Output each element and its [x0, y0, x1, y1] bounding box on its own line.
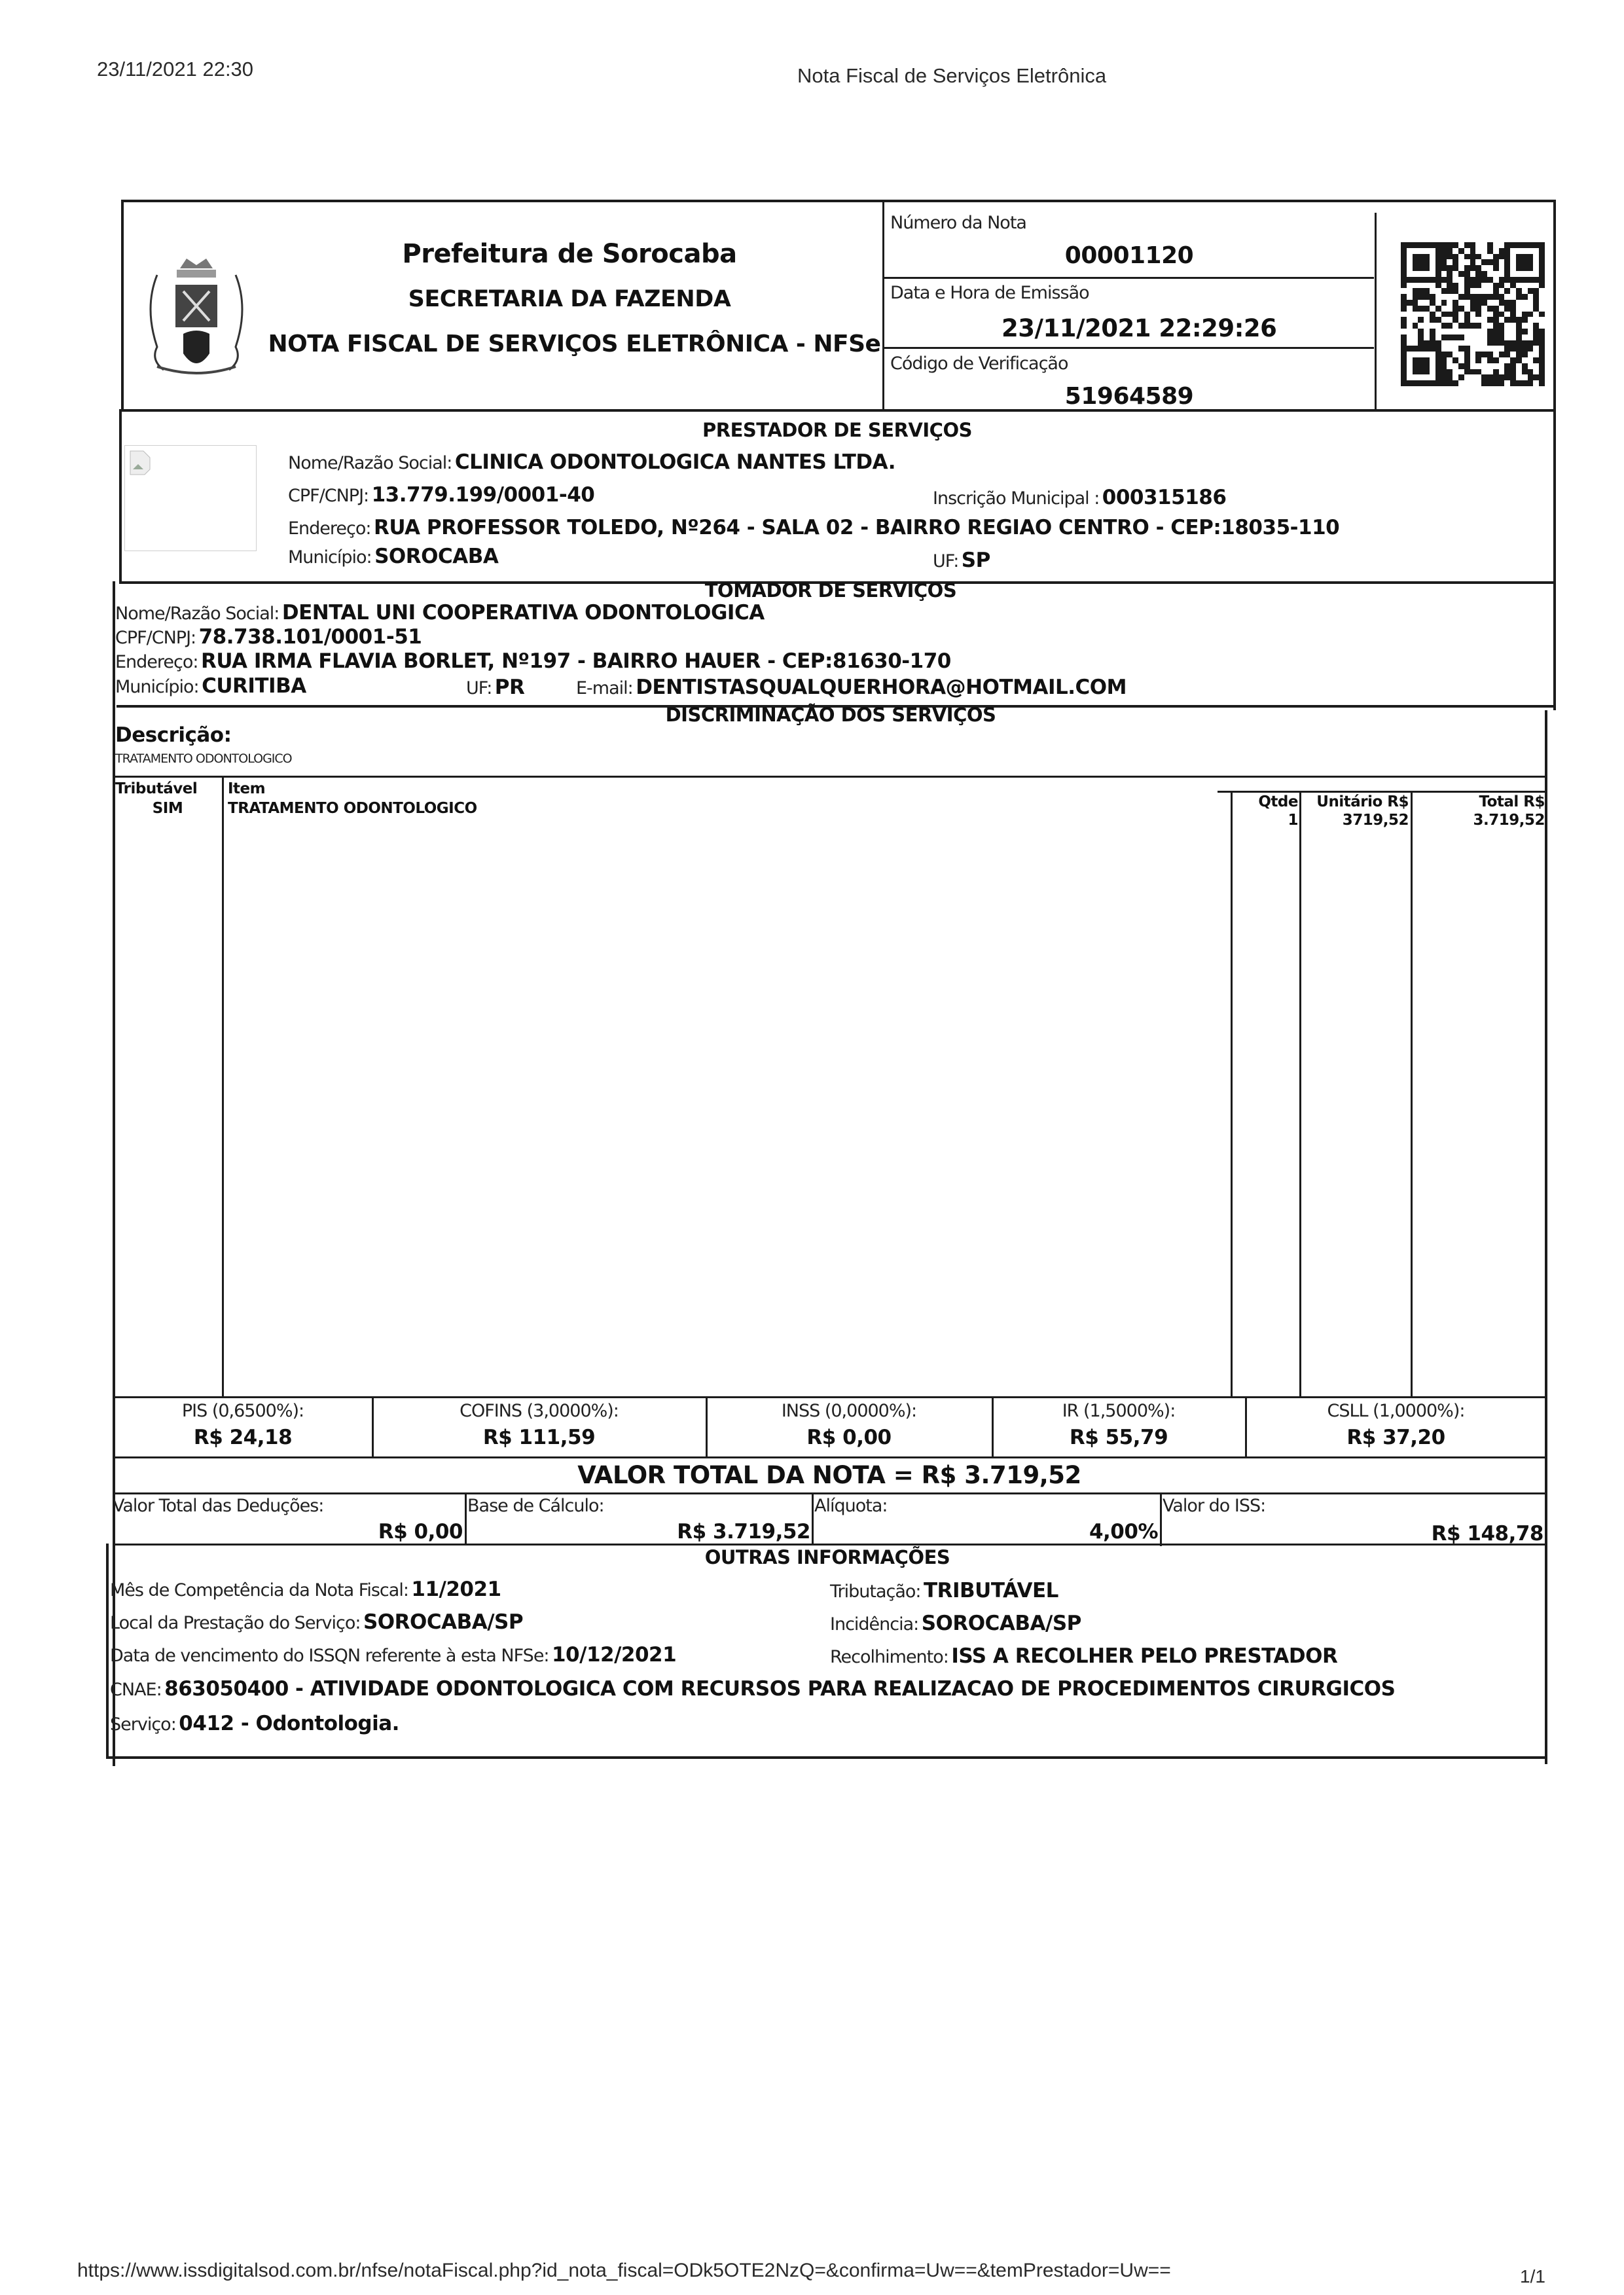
aliquota-value: 4,00%	[814, 1520, 1158, 1544]
col-header-item: Item	[228, 780, 265, 797]
data-emissao-label: Data e Hora de Emissão	[890, 283, 1089, 303]
prestador-nome-value: CLINICA ODONTOLOGICA NANTES LTDA.	[455, 450, 895, 474]
frame-right-border-lower	[1545, 710, 1547, 1764]
descricao-bottom-border	[115, 776, 1546, 778]
tributo-value: R$ 0,00	[708, 1426, 990, 1449]
tomador-endereco-value: RUA IRMA FLAVIA BORLET, Nº197 - BAIRRO H…	[201, 649, 951, 673]
tomador-municipio-row: Município: CURITIBA	[115, 674, 306, 698]
tomador-cnpj-row: CPF/CNPJ: 78.738.101/0001-51	[115, 625, 422, 649]
prestador-endereco-row: Endereço: RUA PROFESSOR TOLEDO, Nº264 - …	[288, 516, 1339, 539]
cnae-value: 863050400 - ATIVIDADE ODONTOLOGICA COM R…	[164, 1677, 1395, 1701]
tomador-nome-label: Nome/Razão Social:	[115, 604, 279, 624]
outras-informacoes-title: OUTRAS INFORMAÇÕES	[109, 1546, 1546, 1568]
col-header-total: Total R$	[1414, 793, 1545, 810]
tributo-label: COFINS (3,0000%):	[374, 1401, 704, 1421]
vencimento-value: 10/12/2021	[552, 1643, 676, 1667]
frame-top-border	[121, 200, 1556, 202]
qty-header-top-border	[1218, 791, 1546, 793]
tomador-nome-value: DENTAL UNI COOPERATIVA ODONTOLOGICA	[282, 601, 765, 624]
servico-row: Serviço: 0412 - Odontologia.	[110, 1712, 399, 1735]
local-prestacao-label: Local da Prestação do Serviço:	[110, 1613, 360, 1633]
qr-code-icon	[1401, 242, 1545, 386]
prestador-cnpj-label: CPF/CNPJ:	[288, 486, 369, 506]
numero-nota-value: 00001120	[884, 242, 1374, 269]
tributo-value: R$ 111,59	[374, 1426, 704, 1449]
prestador-uf-row: UF: SP	[933, 549, 990, 572]
tomador-email-value: DENTISTASQUALQUERHORA@HOTMAIL.COM	[636, 676, 1127, 699]
print-url: https://www.issdigitalsod.com.br/nfse/no…	[77, 2260, 1171, 2282]
frame-right-border	[1553, 200, 1556, 710]
tomador-uf-value: PR	[495, 676, 525, 699]
prestador-inscricao-value: 000315186	[1102, 486, 1227, 509]
frame-left-border-bottom	[106, 1544, 109, 1758]
col-divider-item	[1231, 792, 1233, 1398]
prestador-endereco-value: RUA PROFESSOR TOLEDO, Nº264 - SALA 02 - …	[374, 516, 1339, 539]
tributo-value: R$ 37,20	[1247, 1426, 1545, 1449]
broken-image-icon	[124, 445, 257, 551]
recolhimento-value: ISS A RECOLHER PELO PRESTADOR	[951, 1644, 1337, 1668]
servico-value: 0412 - Odontologia.	[179, 1712, 399, 1735]
item-total: 3.719,52	[1414, 812, 1545, 829]
aliquota-label: Alíquota:	[814, 1496, 887, 1516]
col-header-qtde: Qtde	[1234, 793, 1298, 810]
recolhimento-row: Recolhimento: ISS A RECOLHER PELO PRESTA…	[830, 1644, 1337, 1668]
tributos-top-border	[113, 1396, 1546, 1398]
deducoes-label: Valor Total das Deduções:	[113, 1496, 323, 1516]
item-tributavel: SIM	[115, 800, 220, 817]
valor-total-nota: VALOR TOTAL DA NOTA = R$ 3.719,52	[113, 1461, 1546, 1489]
prestador-municipio-value: SOROCABA	[374, 545, 498, 568]
prefeitura-title: Prefeitura de Sorocaba	[275, 239, 864, 269]
deducoes-value: R$ 0,00	[113, 1520, 463, 1544]
numero-nota-label: Número da Nota	[890, 213, 1026, 233]
tomador-email-row: E-mail: DENTISTASQUALQUERHORA@HOTMAIL.CO…	[576, 676, 1127, 699]
nota-divider-1	[884, 277, 1374, 279]
servico-label: Serviço:	[110, 1714, 176, 1735]
tributacao-label: Tributação:	[830, 1581, 921, 1602]
frame-bottom-border	[106, 1756, 1546, 1759]
header-divider-2	[1375, 213, 1377, 409]
tributo-label: CSLL (1,0000%):	[1247, 1401, 1545, 1421]
cnae-label: CNAE:	[110, 1680, 162, 1700]
competencia-value: 11/2021	[411, 1578, 501, 1601]
base-calculo-value: R$ 3.719,52	[467, 1520, 810, 1544]
iss-divider-3	[1160, 1494, 1162, 1546]
tributo-label: IR (1,5000%):	[994, 1401, 1244, 1421]
tomador-cnpj-value: 78.738.101/0001-51	[199, 625, 422, 649]
base-calculo-label: Base de Cálculo:	[467, 1496, 604, 1516]
tributacao-value: TRIBUTÁVEL	[924, 1579, 1058, 1602]
prestador-nome-label: Nome/Razão Social:	[288, 453, 452, 473]
valor-iss-label: Valor do ISS:	[1163, 1496, 1265, 1516]
secretaria-title: SECRETARIA DA FAZENDA	[275, 286, 864, 312]
local-prestacao-row: Local da Prestação do Serviço: SOROCABA/…	[110, 1610, 523, 1634]
prestador-nome-row: Nome/Razão Social: CLINICA ODONTOLOGICA …	[288, 450, 895, 474]
tomador-section-title: TOMADOR DE SERVIÇOS	[115, 579, 1546, 602]
tomador-endereco-row: Endereço: RUA IRMA FLAVIA BORLET, Nº197 …	[115, 649, 951, 673]
competencia-label: Mês de Competência da Nota Fiscal:	[110, 1580, 408, 1600]
iss-divider-1	[465, 1492, 467, 1545]
vencimento-row: Data de vencimento do ISSQN referente à …	[110, 1643, 676, 1667]
tomador-endereco-label: Endereço:	[115, 652, 198, 672]
col-header-unitario: Unitário R$	[1303, 793, 1409, 810]
tomador-uf-row: UF: PR	[466, 676, 524, 699]
descricao-value: TRATAMENTO ODONTOLOGICO	[115, 751, 292, 766]
prestador-section-title: PRESTADOR DE SERVIÇOS	[122, 419, 1553, 441]
prestador-municipio-row: Município: SOROCABA	[288, 545, 498, 568]
item-qtde: 1	[1234, 812, 1298, 829]
iss-divider-2	[812, 1492, 814, 1545]
descricao-label: Descrição:	[115, 723, 232, 747]
item-descricao: TRATAMENTO ODONTOLOGICO	[228, 800, 477, 817]
col-divider-unitario	[1411, 792, 1413, 1398]
cnae-row: CNAE: 863050400 - ATIVIDADE ODONTOLOGICA…	[110, 1677, 1395, 1701]
tributo-label: INSS (0,0000%):	[708, 1401, 990, 1421]
discriminacao-section-title: DISCRIMINAÇÃO DOS SERVIÇOS	[115, 704, 1546, 726]
prestador-municipio-label: Município:	[288, 547, 372, 568]
tomador-email-label: E-mail:	[576, 678, 633, 698]
col-header-tributavel: Tributável	[115, 780, 197, 797]
tributo-value: R$ 55,79	[994, 1426, 1244, 1449]
codigo-verificacao-value: 51964589	[884, 383, 1374, 410]
incidencia-value: SOROCABA/SP	[922, 1612, 1081, 1635]
col-divider-qtde	[1299, 792, 1301, 1398]
recolhimento-label: Recolhimento:	[830, 1647, 948, 1667]
print-datetime: 23/11/2021 22:30	[97, 58, 253, 81]
print-title: Nota Fiscal de Serviços Eletrônica	[797, 64, 1106, 88]
codigo-verificacao-label: Código de Verificação	[890, 353, 1068, 374]
tributo-label: PIS (0,6500%):	[115, 1401, 370, 1421]
tributos-bottom-border	[113, 1456, 1546, 1458]
prestador-uf-value: SP	[962, 549, 990, 572]
tomador-cnpj-label: CPF/CNPJ:	[115, 628, 196, 648]
valor-iss-value: R$ 148,78	[1163, 1522, 1543, 1545]
vencimento-label: Data de vencimento do ISSQN referente à …	[110, 1646, 549, 1666]
print-page-number: 1/1	[1520, 2266, 1545, 2287]
tomador-uf-label: UF:	[466, 678, 492, 698]
competencia-row: Mês de Competência da Nota Fiscal: 11/20…	[110, 1578, 501, 1601]
tomador-municipio-value: CURITIBA	[202, 674, 306, 698]
prestador-endereco-label: Endereço:	[288, 518, 371, 539]
incidencia-row: Incidência: SOROCABA/SP	[830, 1612, 1081, 1635]
col-divider-tributavel	[222, 776, 224, 1398]
incidencia-label: Incidência:	[830, 1614, 918, 1635]
valor-total-bottom-border	[113, 1492, 1546, 1494]
nfse-title: NOTA FISCAL DE SERVIÇOS ELETRÔNICA - NFS…	[265, 331, 884, 357]
local-prestacao-value: SOROCABA/SP	[363, 1610, 523, 1634]
tributo-value: R$ 24,18	[115, 1426, 370, 1449]
tomador-nome-row: Nome/Razão Social: DENTAL UNI COOPERATIV…	[115, 601, 765, 624]
prestador-cnpj-row: CPF/CNPJ: 13.779.199/0001-40	[288, 483, 594, 507]
header-divider-1	[882, 200, 884, 409]
data-emissao-value: 23/11/2021 22:29:26	[1001, 314, 1276, 342]
prestador-inscricao-row: Inscrição Municipal : 000315186	[933, 486, 1226, 509]
prestador-uf-label: UF:	[933, 551, 958, 571]
prestador-inscricao-label: Inscrição Municipal :	[933, 488, 1099, 509]
coat-of-arms-icon	[137, 249, 255, 380]
prestador-cnpj-value: 13.779.199/0001-40	[372, 483, 595, 507]
nota-divider-2	[884, 347, 1374, 349]
item-unitario: 3719,52	[1303, 812, 1409, 829]
tributacao-row: Tributação: TRIBUTÁVEL	[830, 1579, 1058, 1602]
frame-left-border-header	[121, 200, 124, 409]
tomador-municipio-label: Município:	[115, 677, 199, 697]
